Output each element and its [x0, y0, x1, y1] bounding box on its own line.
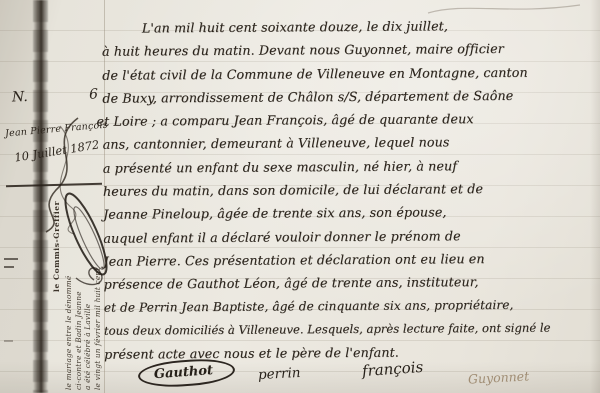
marginal-note-line: le mariage entre le dénommé: [64, 202, 74, 390]
act-line: et Loire ; a comparu Jean François, âgé …: [96, 106, 594, 133]
act-body-text: L'an mil huit cent soixante douze, le di…: [102, 13, 596, 366]
edge-tick-mark: [4, 340, 13, 342]
act-line: à huit heures du matin. Devant nous Guyo…: [102, 37, 594, 64]
scanned-register-page: { "colors": { "paper": "#e9e5dc", "ink":…: [0, 0, 600, 393]
act-line: ans, cantonnier, demeurant à Villeneuve,…: [103, 130, 595, 157]
act-line: de Buxy, arrondissement de Châlon s/S, d…: [102, 83, 594, 110]
marginal-note-line: a été célébré à Laville: [83, 202, 93, 390]
act-line: Jean Pierre. Ces présentation et déclara…: [103, 246, 595, 273]
act-line: auquel enfant il a déclaré vouloir donne…: [103, 223, 595, 250]
edge-tick-mark: [4, 258, 18, 260]
marginal-note-line: ci-contre et Badin Jeanne: [74, 202, 84, 390]
act-line: L'an mil huit cent soixante douze, le di…: [102, 13, 594, 40]
marginal-marriage-note: le mariage entre le dénomméci-contre et …: [64, 202, 102, 390]
act-line: heures du matin, dans son domicile, de l…: [103, 176, 595, 203]
book-binding-shadow: [33, 0, 48, 393]
act-line: de l'état civil de la Commune de Villene…: [102, 60, 594, 87]
signature-francois: françois: [361, 358, 423, 380]
signature-guyonnet: Guyonnet: [468, 368, 530, 386]
marginal-note-line: le vingt un février mil huit cent: [93, 202, 103, 390]
clerk-title-note: le Commis-Greffier: [52, 201, 61, 292]
edge-tick-mark: [4, 266, 14, 268]
signature-perrin: perrin: [258, 365, 301, 383]
act-number-label: N.: [12, 89, 28, 106]
act-number-value: 6: [89, 87, 98, 103]
act-line: Jeanne Pineloup, âgée de trente six ans,…: [103, 200, 595, 227]
act-line: a présenté un enfant du sexe masculin, n…: [103, 153, 595, 180]
act-line: présence de Gauthot Léon, âgé de trente …: [104, 270, 596, 297]
act-line: et de Perrin Jean Baptiste, âgé de cinqu…: [104, 293, 596, 320]
act-line: tous deux domiciliés à Villeneuve. Lesqu…: [104, 316, 596, 343]
act-number: N. 6: [12, 87, 99, 106]
